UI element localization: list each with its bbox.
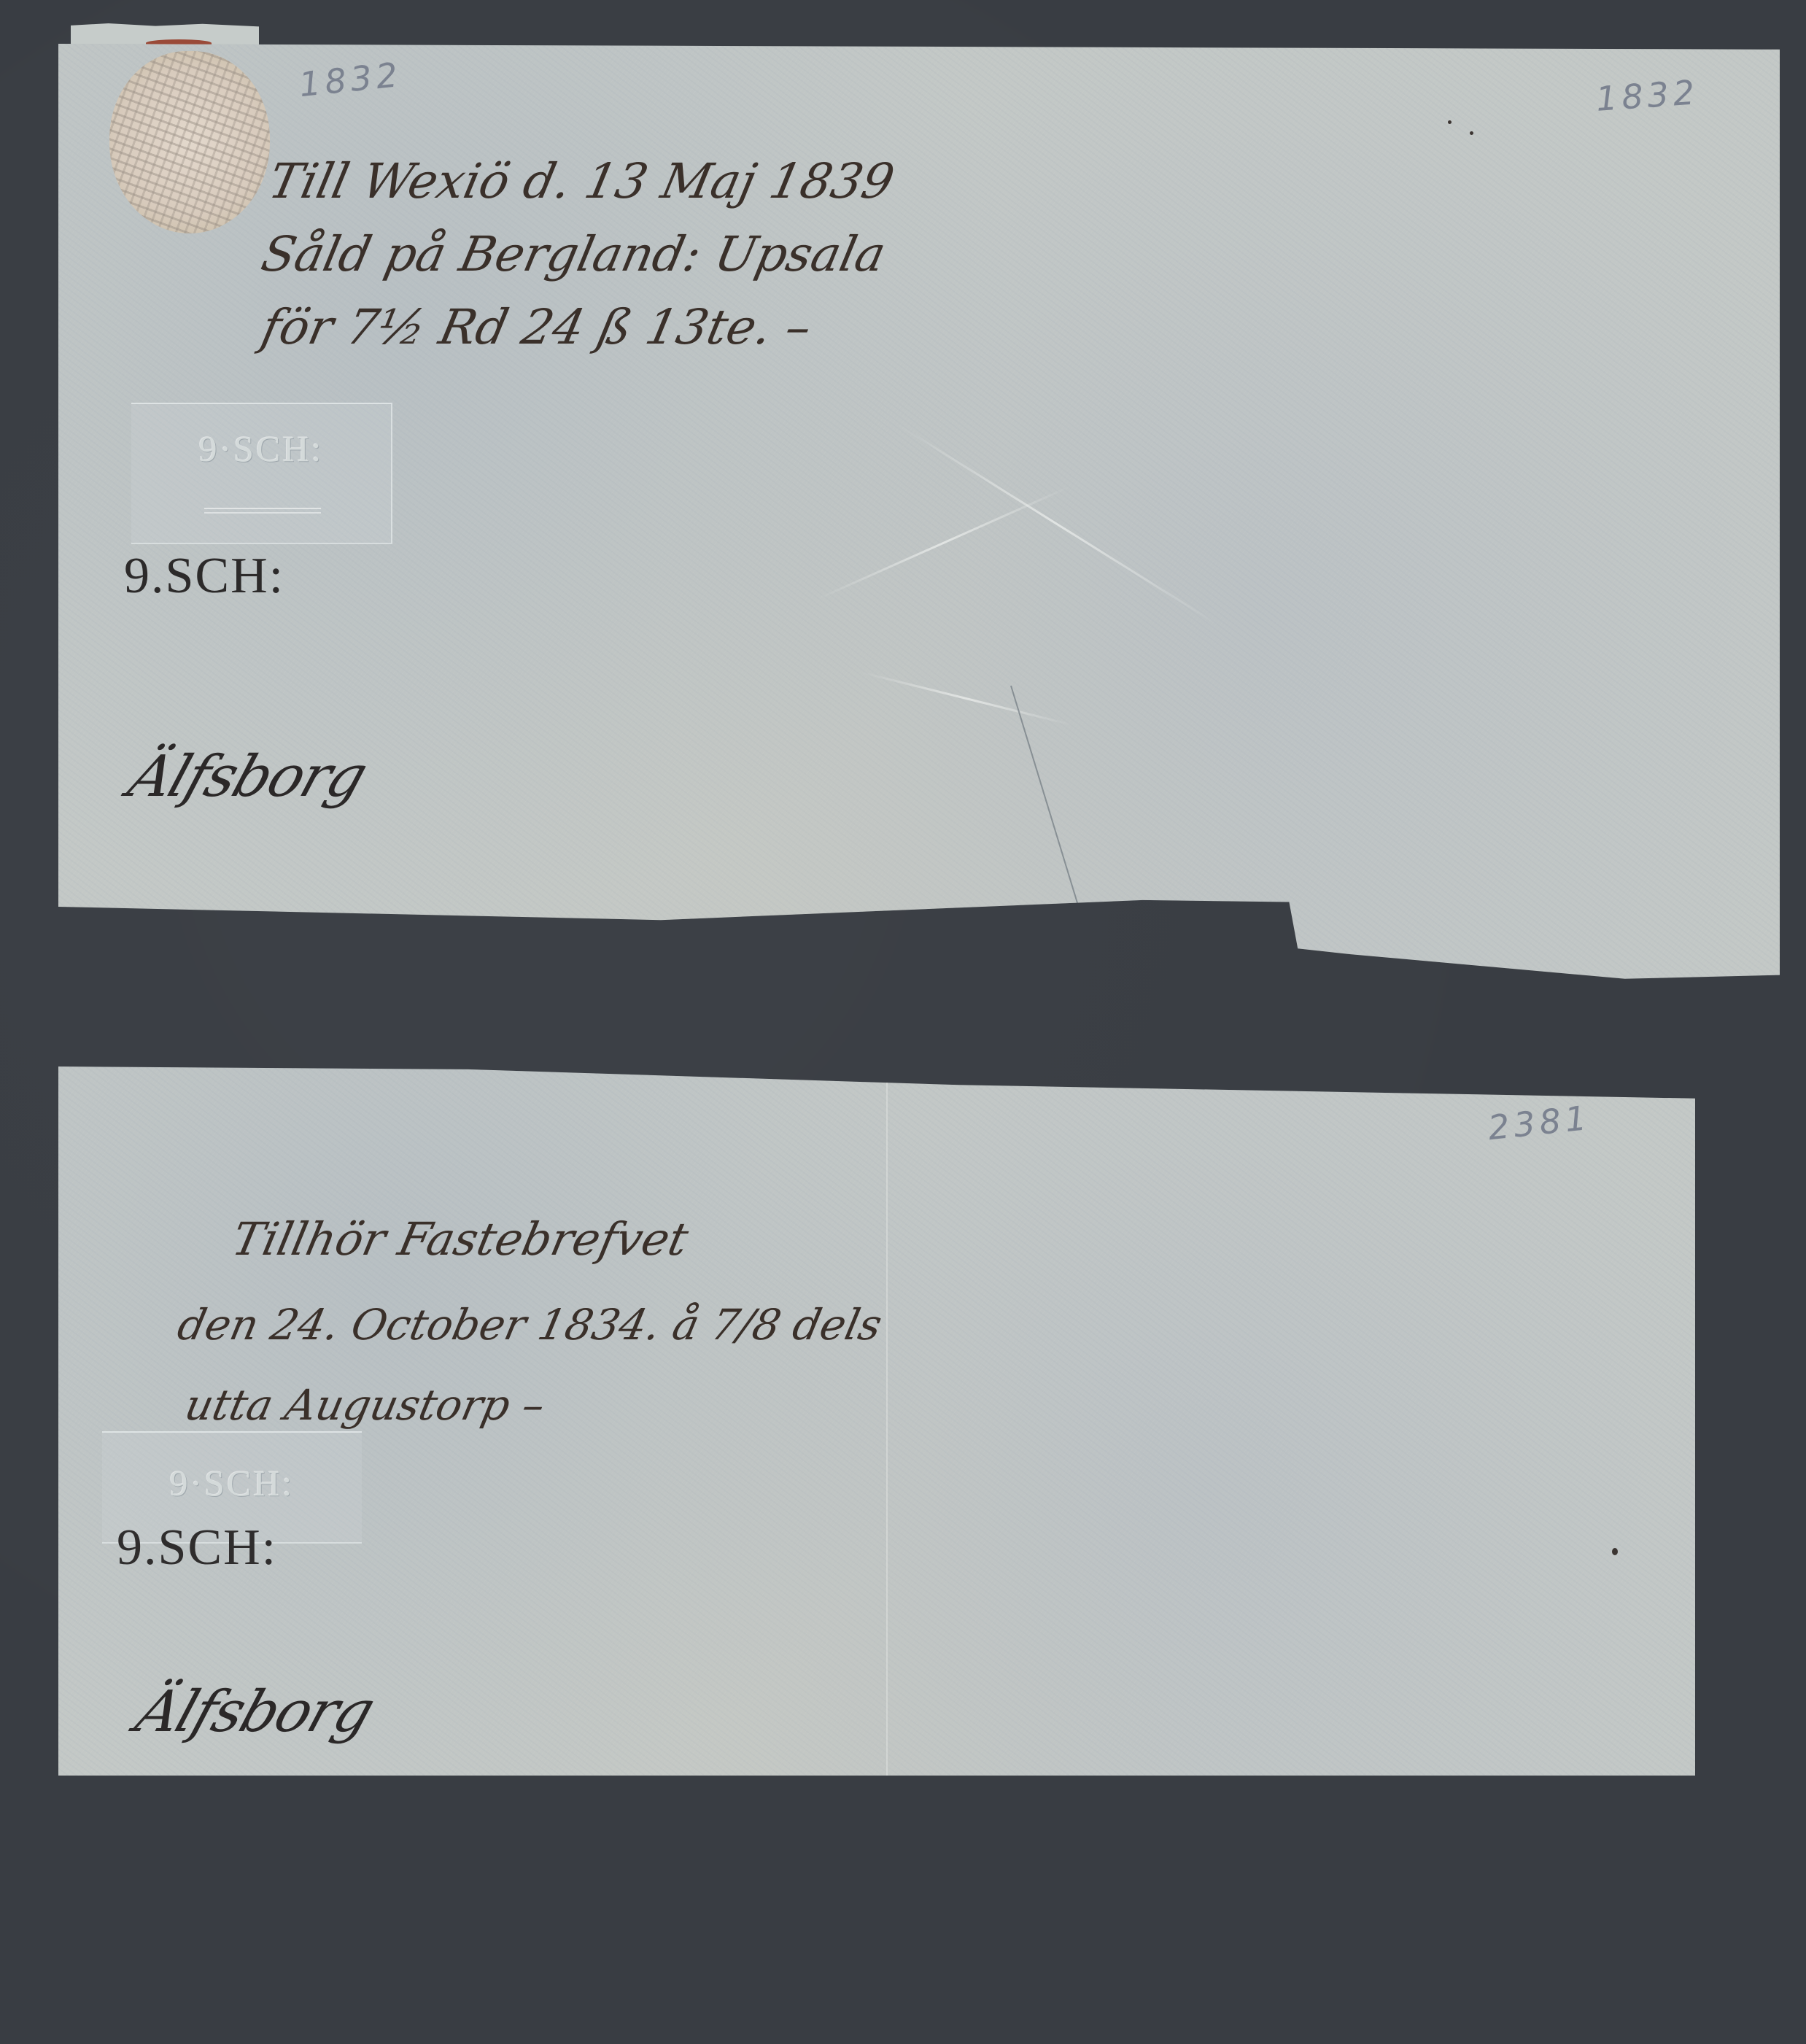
ink-speck [1448, 120, 1452, 124]
paper-crease [861, 671, 1074, 726]
handwriting-line-1: Tillhör Fastebrefvet [228, 1212, 693, 1266]
seal-impression [109, 51, 270, 233]
handwriting-line-2: den 24. October 1834. å 7/8 dels [174, 1300, 886, 1350]
embossed-stamp-rule [204, 508, 321, 514]
town-stamp: Älfsborg [128, 1679, 381, 1745]
ink-speck [1470, 131, 1473, 135]
pencil-note-year-right: 1832 [1594, 72, 1700, 119]
town-stamp: Älfsborg [120, 744, 374, 810]
rate-stamp: 9.SCH: [117, 1519, 277, 1577]
ink-speck [1612, 1548, 1618, 1555]
handwriting-line-2: Såld på Bergland: Upsala [257, 226, 891, 282]
document-sheet-bottom: 2381 Tillhör Fastebrefvet den 24. Octobe… [58, 1066, 1695, 1776]
embossed-stamp-text: 9·SCH: [102, 1462, 362, 1504]
handwriting-line-3: utta Augustorp – [181, 1380, 549, 1430]
handwriting-line-3: för 7½ Rd 24 ß 13te. – [257, 299, 816, 355]
embossed-stamp-text: 9·SCH: [131, 427, 391, 470]
embossed-tax-stamp: 9·SCH: [131, 403, 392, 544]
paper-crease [896, 423, 1220, 626]
handwriting-line-1: Till Wexiö d. 13 Maj 1839 [264, 153, 899, 209]
document-sheet-top: 1832 1832 Till Wexiö d. 13 Maj 1839 Såld… [58, 44, 1780, 992]
rate-stamp: 9.SCH: [124, 547, 284, 605]
paper-crease [816, 486, 1070, 600]
vertical-fold-line [886, 1066, 888, 1776]
pencil-note-year: 1832 [298, 55, 404, 104]
pencil-note-number: 2381 [1487, 1098, 1593, 1147]
